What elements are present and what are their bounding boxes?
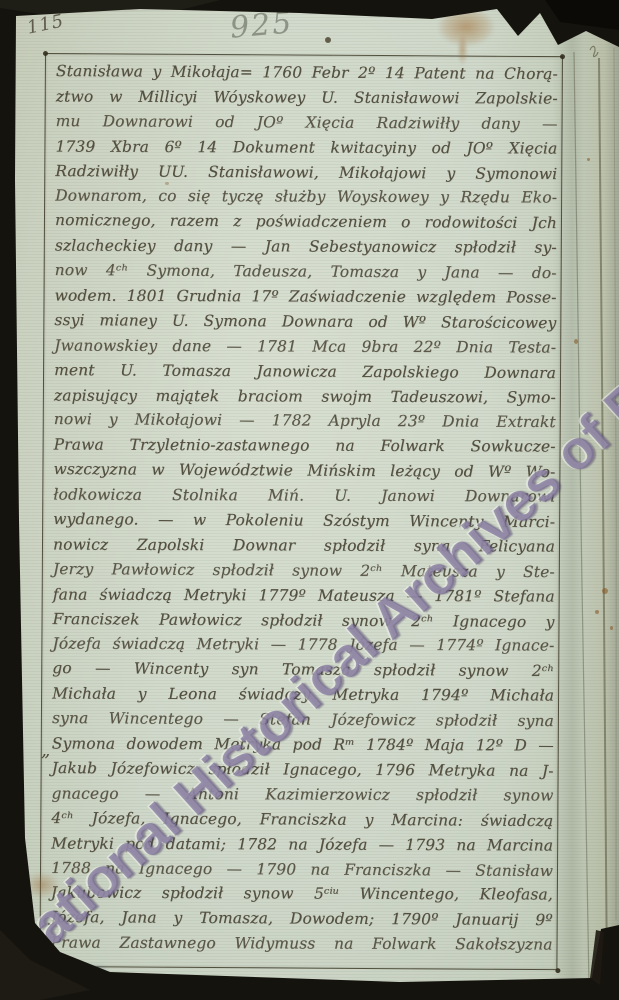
archival-scan: { "document": { "kind": "handwritten gen… xyxy=(0,0,619,1000)
book-cover-background xyxy=(0,0,619,1000)
